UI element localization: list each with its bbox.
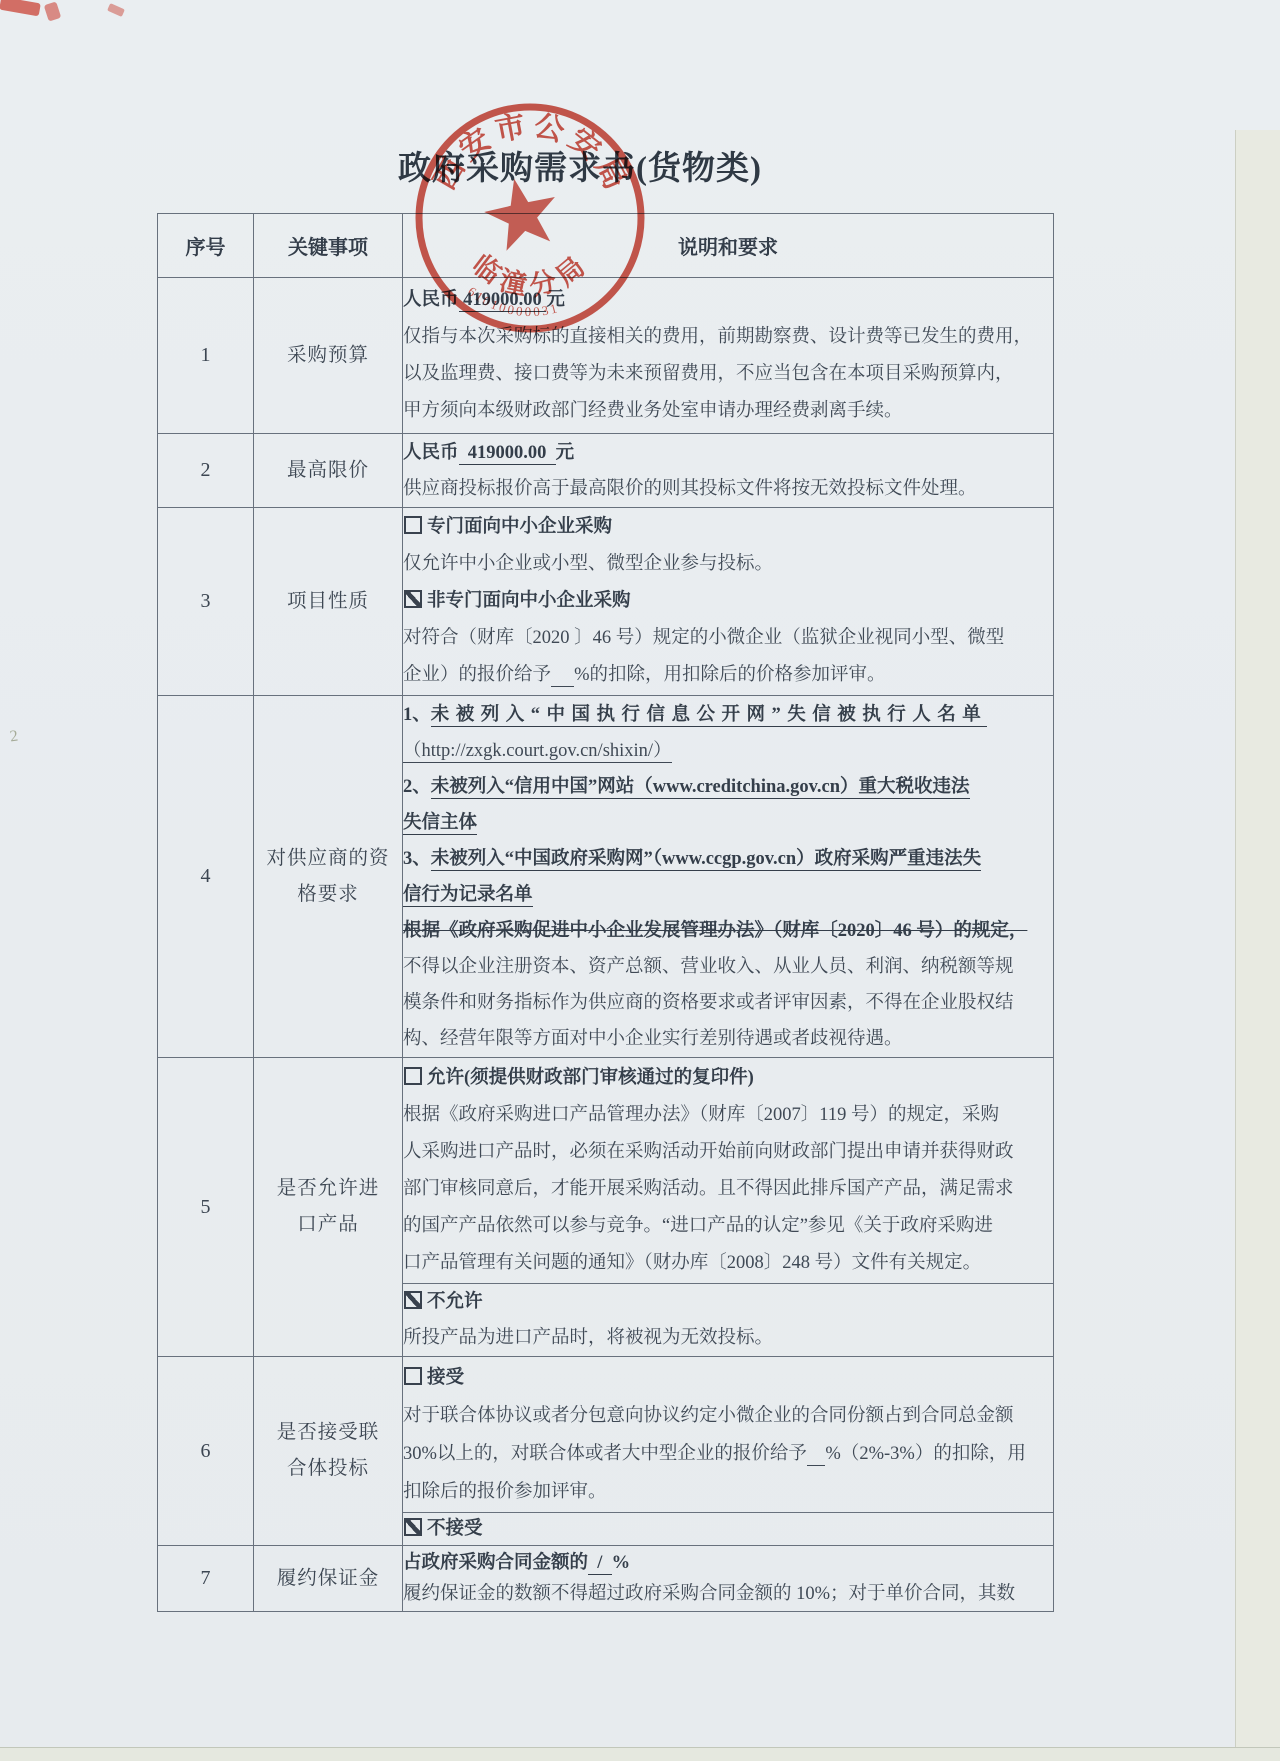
key-item-cell: 项目性质 — [254, 508, 403, 696]
text-segment: 甲方须向本级财政部门经费业务处室申请办理经费剥离手续。 — [403, 401, 903, 421]
doc-table: 序号关键事项说明和要求1采购预算人民币 419000.00 元仅指与本次采购标的… — [157, 213, 1054, 1612]
key-item-cell: 对供应商的资格要求 — [254, 696, 403, 1058]
text-segment: / — [588, 1553, 612, 1575]
checkbox-unchecked-icon — [404, 516, 422, 534]
text-segment: 占政府采购合同金额的 — [403, 1553, 588, 1573]
text-line: 人民币 419000.00 元 — [403, 435, 1053, 471]
key-item-cell: 采购预算 — [254, 278, 403, 434]
scanner-edge-right — [1235, 130, 1280, 1761]
checkbox-checked-icon — [404, 1518, 422, 1536]
text-segment: 信行为记录名单 — [403, 885, 533, 907]
seq-cell: 6 — [158, 1357, 254, 1546]
text-line: 不允许 — [403, 1284, 1053, 1320]
seq-cell: 1 — [158, 278, 254, 434]
text-segment: 根据《政府采购进口产品管理办法》（财库〔2007〕119 号）的规定，采购 — [403, 1105, 999, 1125]
text-segment: 供应商投标报价高于最高限价的则其投标文件将按无效投标文件处理。 — [403, 479, 977, 499]
text-line: 供应商投标报价高于最高限价的则其投标文件将按无效投标文件处理。 — [403, 471, 1053, 507]
text-segment: % — [612, 1553, 631, 1573]
key-item-label: 是否允许进 — [254, 1171, 402, 1207]
text-segment: 专门面向中小企业采购 — [427, 517, 612, 537]
text-segment: 企业）的报价给予 — [403, 665, 551, 685]
text-line: 履约保证金的数额不得超过政府采购合同金额的 10%；对于单价合同，其数 — [403, 1579, 1053, 1610]
seal-stamp: 西安市公安局 临潼分局 61010000031 — [396, 86, 666, 348]
text-segment: 以及监理费、接口费等为未来预留费用，不应当包含在本项目采购预算内， — [403, 364, 1014, 384]
text-segment: 不允许 — [427, 1292, 483, 1312]
column-header: 序号 — [158, 214, 254, 278]
seq-cell: 3 — [158, 508, 254, 696]
text-line: 模条件和财务指标作为供应商的资格要求或者评审因素，不得在企业股权结 — [403, 985, 1053, 1021]
text-segment: 人采购进口产品时，必须在采购活动开始前向财政部门提出申请并获得财政 — [403, 1142, 1014, 1162]
text-line: 构、经营年限等方面对中小企业实行差别待遇或者歧视待遇。 — [403, 1021, 1053, 1057]
text-line: 信行为记录名单 — [403, 877, 1053, 913]
seq-cell: 7 — [158, 1546, 254, 1612]
key-item-label: 最高限价 — [254, 453, 402, 489]
text-segment — [551, 665, 574, 687]
text-segment: 未被列入“中国政府采购网”（www.ccgp.gov.cn）政府采购严重违法失 — [431, 849, 981, 871]
checkbox-unchecked-icon — [404, 1067, 422, 1085]
text-line: 扣除后的报价参加评审。 — [403, 1473, 1053, 1511]
requirement-cell: 专门面向中小企业采购仅允许中小企业或小型、微型企业参与投标。非专门面向中小企业采… — [403, 508, 1054, 696]
seq-cell: 4 — [158, 696, 254, 1058]
text-line: 部门审核同意后，才能开展采购活动。且不得因此排斥国产产品，满足需求 — [403, 1171, 1053, 1208]
text-segment: 未被列入“信用中国”网站（www.creditchina.gov.cn）重大税收… — [431, 777, 970, 799]
text-line: 以及监理费、接口费等为未来预留费用，不应当包含在本项目采购预算内， — [403, 356, 1053, 393]
text-segment: 419000.00 — [459, 443, 556, 465]
text-segment: 失信主体 — [403, 813, 477, 835]
key-item-label: 对供应商的资 — [254, 841, 402, 877]
text-line: 不得以企业注册资本、资产总额、营业收入、从业人员、利润、纳税额等规 — [403, 949, 1053, 985]
text-segment: 2、 — [403, 777, 431, 797]
text-segment: 对符合（财库〔2020 〕46 号）规定的小微企业（监狱企业视同小型、微型 — [403, 628, 1004, 648]
key-item-label: 格要求 — [254, 877, 402, 913]
text-line: 的国产产品依然可以参与竞争。“进口产品的认定”参见《关于政府采购进 — [403, 1208, 1053, 1245]
key-item-cell: 履约保证金 — [254, 1546, 403, 1612]
scanner-edge-bottom — [0, 1747, 1280, 1761]
checkbox-checked-icon — [404, 590, 422, 608]
scanned-document-page: { "title": "政府采购需求书(货物类)", "stamp": { "a… — [0, 0, 1280, 1761]
text-segment — [807, 1444, 826, 1466]
key-item-label: 合体投标 — [254, 1451, 402, 1487]
text-line: 所投产品为进口产品时，将被视为无效投标。 — [403, 1320, 1053, 1356]
seq-cell: 5 — [158, 1058, 254, 1357]
text-segment: %（2%-3%）的扣除，用 — [825, 1444, 1025, 1464]
text-line: 失信主体 — [403, 805, 1053, 841]
column-header: 关键事项 — [254, 214, 403, 278]
text-line: 2、未被列入“信用中国”网站（www.creditchina.gov.cn）重大… — [403, 769, 1053, 805]
text-line: 非专门面向中小企业采购 — [403, 583, 1053, 620]
text-line: 不接受 — [403, 1513, 1053, 1545]
text-segment: 根据《政府采购促进中小企业发展管理办法》（财库〔2020〕46 号）的规定， — [403, 921, 1027, 941]
text-segment: 3、 — [403, 849, 431, 869]
text-segment: 不得以企业注册资本、资产总额、营业收入、从业人员、利润、纳税额等规 — [403, 957, 1014, 977]
checkbox-unchecked-icon — [404, 1367, 422, 1385]
text-line: 3、未被列入“中国政府采购网”（www.ccgp.gov.cn）政府采购严重违法… — [403, 841, 1053, 877]
key-item-label: 项目性质 — [254, 584, 402, 620]
text-segment: （http://zxgk.court.gov.cn/shixin/） — [403, 741, 672, 763]
text-segment: 扣除后的报价参加评审。 — [403, 1482, 607, 1502]
text-line: 1、未被列入“中国执行信息公开网”失信被执行人名单 — [403, 697, 1053, 733]
text-segment: 不接受 — [427, 1519, 483, 1539]
text-segment: 接受 — [427, 1368, 464, 1388]
key-item-label: 是否接受联 — [254, 1415, 402, 1451]
key-item-label: 口产品 — [254, 1207, 402, 1243]
text-segment: 部门审核同意后，才能开展采购活动。且不得因此排斥国产产品，满足需求 — [403, 1179, 1014, 1199]
key-item-cell: 是否接受联合体投标 — [254, 1357, 403, 1546]
text-line: 人采购进口产品时，必须在采购活动开始前向财政部门提出申请并获得财政 — [403, 1134, 1053, 1171]
text-segment: 30%以上的，对联合体或者大中型企业的报价给予 — [403, 1444, 807, 1464]
text-segment: 对于联合体协议或者分包意向协议约定小微企业的合同份额占到合同总金额 — [403, 1406, 1014, 1426]
text-segment: 口产品管理有关问题的通知》（财办库〔2008〕248 号）文件有关规定。 — [403, 1253, 981, 1273]
key-item-cell: 是否允许进口产品 — [254, 1058, 403, 1357]
key-item-cell: 最高限价 — [254, 434, 403, 508]
text-segment: 元 — [556, 443, 575, 463]
requirement-cell: 占政府采购合同金额的 / %履约保证金的数额不得超过政府采购合同金额的 10%；… — [403, 1546, 1054, 1612]
text-segment: 未被列入“中国执行信息公开网”失信被执行人名单 — [431, 705, 988, 727]
text-line: （http://zxgk.court.gov.cn/shixin/） — [403, 733, 1053, 769]
checkbox-checked-icon — [404, 1291, 422, 1309]
text-line: 对于联合体协议或者分包意向协议约定小微企业的合同份额占到合同总金额 — [403, 1397, 1053, 1435]
text-line: 30%以上的，对联合体或者大中型企业的报价给予 %（2%-3%）的扣除，用 — [403, 1435, 1053, 1473]
text-segment: 人民币 — [403, 443, 459, 463]
text-line: 根据《政府采购进口产品管理办法》（财库〔2007〕119 号）的规定，采购 — [403, 1097, 1053, 1134]
text-segment: 非专门面向中小企业采购 — [427, 591, 631, 611]
requirement-cell: 不允许所投产品为进口产品时，将被视为无效投标。 — [403, 1284, 1054, 1357]
requirement-cell: 接受对于联合体协议或者分包意向协议约定小微企业的合同份额占到合同总金额30%以上… — [403, 1357, 1054, 1513]
requirement-cell: 允许(须提供财政部门审核通过的复印件)根据《政府采购进口产品管理办法》（财库〔2… — [403, 1058, 1054, 1284]
text-segment: 模条件和财务指标作为供应商的资格要求或者评审因素，不得在企业股权结 — [403, 993, 1014, 1013]
key-item-label: 履约保证金 — [254, 1561, 402, 1597]
text-segment: 构、经营年限等方面对中小企业实行差别待遇或者歧视待遇。 — [403, 1029, 903, 1049]
text-segment: 履约保证金的数额不得超过政府采购合同金额的 10%；对于单价合同，其数 — [403, 1584, 1015, 1604]
key-item-label: 采购预算 — [254, 338, 402, 374]
text-line: 接受 — [403, 1359, 1053, 1397]
text-line: 口产品管理有关问题的通知》（财办库〔2008〕248 号）文件有关规定。 — [403, 1245, 1053, 1282]
star-icon — [484, 179, 555, 251]
text-line: 企业）的报价给予 %的扣除，用扣除后的价格参加评审。 — [403, 657, 1053, 694]
stamp-arc-top: 西安市公安局 — [428, 109, 634, 200]
requirement-cell: 1、未被列入“中国执行信息公开网”失信被执行人名单（http://zxgk.co… — [403, 696, 1054, 1058]
text-segment: 允许(须提供财政部门审核通过的复印件) — [427, 1068, 754, 1088]
text-segment: 仅允许中小企业或小型、微型企业参与投标。 — [403, 554, 773, 574]
requirement-cell: 人民币 419000.00 元供应商投标报价高于最高限价的则其投标文件将按无效投… — [403, 434, 1054, 508]
text-line: 允许(须提供财政部门审核通过的复印件) — [403, 1060, 1053, 1097]
text-line: 对符合（财库〔2020 〕46 号）规定的小微企业（监狱企业视同小型、微型 — [403, 620, 1053, 657]
text-line: 根据《政府采购促进中小企业发展管理办法》（财库〔2020〕46 号）的规定， — [403, 913, 1053, 949]
text-segment: %的扣除，用扣除后的价格参加评审。 — [574, 665, 885, 685]
text-line: 仅允许中小企业或小型、微型企业参与投标。 — [403, 546, 1053, 583]
text-line: 专门面向中小企业采购 — [403, 509, 1053, 546]
seq-cell: 2 — [158, 434, 254, 508]
text-segment: 的国产产品依然可以参与竞争。“进口产品的认定”参见《关于政府采购进 — [403, 1216, 993, 1236]
text-segment: 1、 — [403, 705, 431, 725]
text-segment: 所投产品为进口产品时，将被视为无效投标。 — [403, 1328, 773, 1348]
text-line: 占政府采购合同金额的 / % — [403, 1548, 1053, 1579]
text-line: 甲方须向本级财政部门经费业务处室申请办理经费剥离手续。 — [403, 393, 1053, 430]
requirement-cell: 不接受 — [403, 1513, 1054, 1546]
